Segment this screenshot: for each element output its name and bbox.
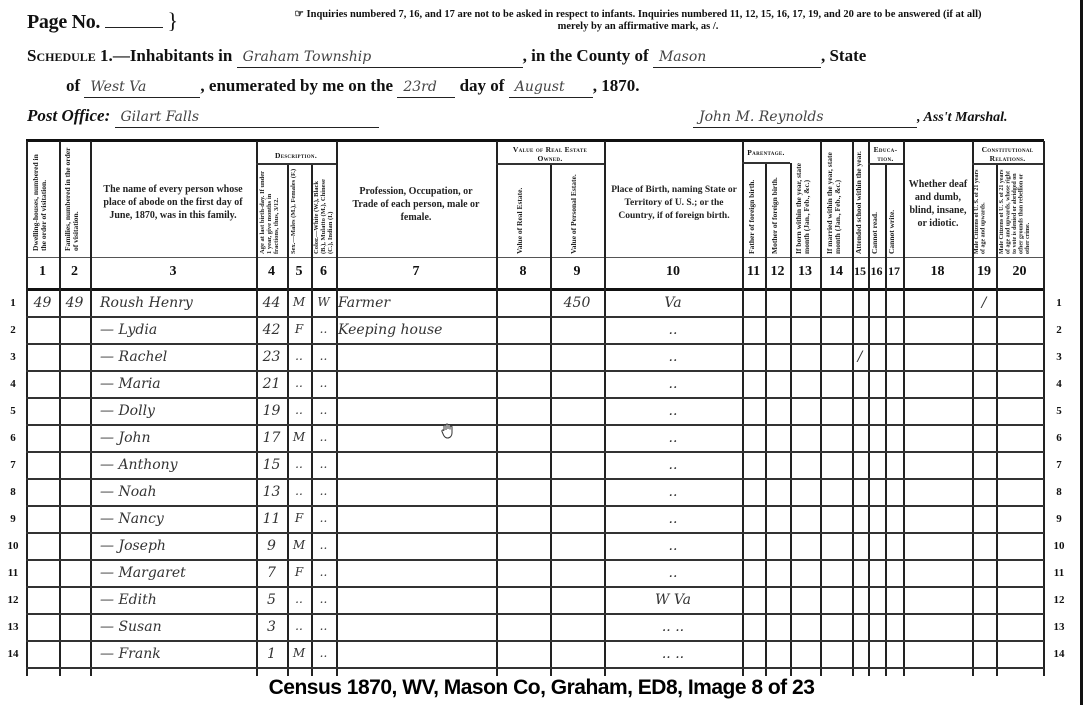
col15-header: Attended school within the year. — [855, 147, 867, 254]
col4-header: Age at last birth-day. If under 1 year, … — [259, 168, 285, 254]
birthplace-cell[interactable]: .. — [606, 430, 740, 446]
col1-number: 1 — [26, 264, 59, 280]
column-divider — [742, 141, 744, 676]
personal-estate-cell[interactable]: 450 — [552, 295, 602, 311]
state-field[interactable]: West Va — [84, 79, 200, 98]
age-cell[interactable]: 7 — [258, 565, 285, 581]
age-cell[interactable]: 19 — [258, 403, 285, 419]
row-number-left: 5 — [4, 405, 22, 417]
col9-number: 9 — [550, 264, 604, 280]
post-office-line: Post Office: Gilart Falls — [27, 106, 379, 128]
col10-number: 10 — [604, 264, 742, 280]
age-cell[interactable]: 3 — [258, 619, 285, 635]
column-divider — [550, 163, 552, 676]
col2-header: Families, numbered in the order of visit… — [64, 147, 84, 251]
township-field[interactable]: Graham Township — [237, 49, 523, 68]
row-number-right: 7 — [1050, 459, 1068, 471]
column-divider — [496, 141, 498, 676]
row-number-left: 9 — [4, 513, 22, 525]
color-cell[interactable]: .. — [313, 538, 334, 552]
enumerated-label: , enumerated by me on the — [200, 76, 393, 95]
age-cell[interactable]: 11 — [258, 511, 285, 527]
sex-cell[interactable]: M — [289, 430, 309, 444]
col9-header: Value of Personal Estate. — [570, 168, 582, 254]
month-field[interactable]: August — [509, 79, 593, 98]
col4-number: 4 — [256, 264, 287, 280]
name-cell[interactable]: — Frank — [92, 646, 262, 662]
row-divider — [26, 316, 1044, 318]
col13-number: 13 — [790, 264, 820, 280]
col20-number: 20 — [996, 264, 1043, 280]
col3-number: 3 — [90, 264, 256, 280]
col12-number: 12 — [765, 264, 790, 280]
birthplace-cell[interactable]: .. — [606, 457, 740, 473]
age-cell[interactable]: 15 — [258, 457, 285, 473]
col17-number: 17 — [885, 264, 903, 279]
age-cell[interactable]: 13 — [258, 484, 285, 500]
sex-cell[interactable]: F — [289, 511, 309, 525]
family-cell[interactable]: 49 — [61, 295, 88, 311]
col7-header: Profession, Occupation, or Trade of each… — [352, 185, 480, 224]
row-divider — [26, 397, 1044, 399]
group-description: Description. — [256, 151, 336, 160]
sex-cell[interactable]: .. — [289, 376, 309, 390]
color-cell[interactable]: .. — [313, 646, 334, 660]
name-cell[interactable]: — Noah — [92, 484, 262, 500]
number-row-rule — [26, 257, 1044, 258]
age-cell[interactable]: 5 — [258, 592, 285, 608]
sex-cell[interactable]: M — [289, 646, 309, 660]
sex-cell[interactable]: .. — [289, 403, 309, 417]
color-cell[interactable]: .. — [313, 457, 334, 471]
col6-header: Color.—White (W.), Black (B.), Mulatto (… — [313, 168, 335, 254]
row-number-right: 12 — [1050, 594, 1068, 606]
school-cell[interactable]: / — [854, 349, 866, 365]
birthplace-cell[interactable]: .. — [606, 511, 740, 527]
hand-cursor-icon — [441, 423, 455, 444]
row-divider — [26, 532, 1044, 534]
header-bottom-rule — [26, 288, 1044, 291]
row-number-right: 2 — [1050, 324, 1068, 336]
col17-header: Cannot write. — [888, 200, 900, 254]
group-parentage: Parentage. — [742, 148, 790, 157]
inhabitants-label: —Inhabitants in — [113, 46, 233, 65]
color-cell[interactable]: .. — [313, 511, 334, 525]
day-of-label: day of — [460, 76, 505, 95]
color-cell[interactable]: .. — [313, 430, 334, 444]
row-divider — [26, 559, 1044, 561]
sex-cell[interactable]: M — [289, 538, 309, 552]
age-cell[interactable]: 21 — [258, 376, 285, 392]
age-cell[interactable]: 1 — [258, 646, 285, 662]
row-number-right: 11 — [1050, 567, 1068, 579]
col3-header: The name of every person whose place of … — [98, 183, 248, 222]
row-number-left: 3 — [4, 351, 22, 363]
color-cell[interactable]: .. — [313, 565, 334, 579]
col5-header: Sex.—Males (M.), Females (F.) — [290, 168, 308, 254]
group-real-estate-rule — [496, 163, 604, 165]
row-number-right: 10 — [1050, 540, 1068, 552]
sex-cell[interactable]: .. — [289, 349, 309, 363]
page-no-label: Page No. — [27, 11, 100, 33]
row-divider — [26, 613, 1044, 615]
row-number-left: 14 — [4, 648, 22, 660]
name-cell[interactable]: — Edith — [92, 592, 262, 608]
row-number-left: 7 — [4, 459, 22, 471]
column-divider — [26, 141, 28, 676]
sex-cell[interactable]: .. — [289, 484, 309, 498]
col20-header: Male Citizens of U. S. of 21 years of ag… — [999, 166, 1041, 254]
color-cell[interactable]: .. — [313, 376, 334, 390]
page-no: Page No. } — [27, 8, 178, 34]
marshal-signature[interactable]: John M. Reynolds — [693, 109, 917, 128]
name-cell[interactable]: — Lydia — [92, 322, 262, 338]
row-number-left: 1 — [4, 297, 22, 309]
row-number-left: 4 — [4, 378, 22, 390]
row-number-right: 5 — [1050, 405, 1068, 417]
instructions-line-2: merely by an affirmative mark, as /. — [228, 21, 1048, 33]
col14-header: If married within the year, state month … — [826, 147, 846, 254]
instructions-line-1: ☞ Inquiries numbered 7, 16, and 17 are n… — [228, 9, 1048, 21]
birthplace-cell[interactable]: .. — [606, 484, 740, 500]
col19-number: 19 — [972, 264, 996, 280]
col16-header: Cannot read. — [871, 200, 883, 254]
birthplace-cell[interactable]: .. — [606, 349, 740, 365]
marshal-label: , Ass't Marshal. — [917, 110, 1008, 125]
col10-header: Place of Birth, naming State or Territor… — [607, 184, 741, 223]
row-number-left: 10 — [4, 540, 22, 552]
col7-number: 7 — [336, 264, 496, 280]
birthplace-cell[interactable]: Va — [606, 295, 740, 311]
color-cell[interactable]: .. — [313, 322, 334, 336]
occupation-cell[interactable]: Keeping house — [338, 322, 494, 338]
county-field[interactable]: Mason — [653, 49, 821, 68]
row-divider — [26, 370, 1044, 372]
group-parentage-rule — [742, 162, 790, 164]
dwelling-cell[interactable]: 49 — [28, 295, 57, 311]
birthplace-cell[interactable]: .. — [606, 322, 740, 338]
col18-number: 18 — [903, 264, 972, 280]
birthplace-cell[interactable]: .. — [606, 538, 740, 554]
enumeration-line: of West Va, enumerated by me on the 23rd… — [66, 76, 639, 98]
row-divider — [26, 667, 1044, 669]
col18-header: Whether deaf and dumb, blind, insane, or… — [905, 178, 971, 230]
state-label: , State — [821, 46, 866, 65]
color-cell[interactable]: .. — [313, 349, 334, 363]
birthplace-cell[interactable]: .. .. — [606, 646, 740, 662]
county-label: , in the County of — [523, 46, 649, 65]
sex-cell[interactable]: F — [289, 565, 309, 579]
column-divider — [59, 141, 61, 676]
sex-cell[interactable]: .. — [289, 619, 309, 633]
table-top-rule — [26, 139, 1044, 142]
image-caption: Census 1870, WV, Mason Co, Graham, ED8, … — [0, 676, 1083, 700]
col5-number: 5 — [287, 264, 311, 280]
col13-header: If born within the year, state month (Ja… — [795, 147, 815, 254]
instructions-note: ☞ Inquiries numbered 7, 16, and 17 are n… — [228, 9, 1048, 33]
row-number-right: 14 — [1050, 648, 1068, 660]
name-cell[interactable]: — Nancy — [92, 511, 262, 527]
page-no-field[interactable] — [105, 11, 163, 28]
citizen-cell[interactable]: / — [974, 295, 994, 311]
group-real-estate: Value of Real Estate Owned. — [510, 145, 590, 163]
row-number-left: 13 — [4, 621, 22, 633]
sex-cell[interactable]: M — [289, 295, 309, 309]
name-cell[interactable]: — Maria — [92, 376, 262, 392]
row-number-right: 13 — [1050, 621, 1068, 633]
year-label: , 1870. — [593, 76, 640, 95]
schedule-label: Schedule 1. — [27, 46, 113, 65]
row-number-left: 6 — [4, 432, 22, 444]
day-field[interactable]: 23rd — [397, 79, 455, 98]
column-divider — [336, 141, 338, 676]
sex-cell[interactable]: F — [289, 322, 309, 336]
age-cell[interactable]: 42 — [258, 322, 285, 338]
row-number-right: 3 — [1050, 351, 1068, 363]
row-number-left: 12 — [4, 594, 22, 606]
group-constitutional: Constitutional Relations. — [972, 145, 1043, 163]
col1-header: Dwelling-houses, numbered in the order o… — [32, 147, 52, 251]
row-number-right: 8 — [1050, 486, 1068, 498]
of-label: of — [66, 76, 80, 95]
col12-header: Mother of foreign birth. — [771, 168, 783, 254]
name-cell[interactable]: — Joseph — [92, 538, 262, 554]
marshal-line: John M. Reynolds, Ass't Marshal. — [693, 106, 1008, 128]
birthplace-cell[interactable]: .. — [606, 565, 740, 581]
column-divider — [996, 163, 998, 676]
col11-header: Father of foreign birth. — [748, 168, 760, 254]
group-education-rule — [868, 163, 903, 165]
name-cell[interactable]: — Anthony — [92, 457, 262, 473]
age-cell[interactable]: 17 — [258, 430, 285, 446]
group-education: Educa-tion. — [868, 145, 903, 163]
name-cell[interactable]: — Dolly — [92, 403, 262, 419]
name-cell[interactable]: Roush Henry — [92, 295, 262, 311]
col19-header: Male Citizens of U. S. of 21 years of ag… — [974, 166, 994, 254]
col16-number: 16 — [868, 264, 885, 279]
age-cell[interactable]: 23 — [258, 349, 285, 365]
row-divider — [26, 424, 1044, 426]
col6-number: 6 — [311, 264, 336, 280]
color-cell[interactable]: .. — [313, 592, 334, 606]
post-office-field[interactable]: Gilart Falls — [115, 109, 379, 128]
post-office-label: Post Office: — [27, 106, 110, 125]
row-number-left: 2 — [4, 324, 22, 336]
column-divider — [1043, 141, 1045, 676]
sex-cell[interactable]: .. — [289, 457, 309, 471]
age-cell[interactable]: 9 — [258, 538, 285, 554]
birthplace-cell[interactable]: .. .. — [606, 619, 740, 635]
sex-cell[interactable]: .. — [289, 592, 309, 606]
row-number-left: 8 — [4, 486, 22, 498]
row-number-right: 1 — [1050, 297, 1068, 309]
row-divider — [26, 505, 1044, 507]
row-number-left: 11 — [4, 567, 22, 579]
group-constitutional-rule — [972, 163, 1043, 165]
row-divider — [26, 478, 1044, 480]
birthplace-cell[interactable]: .. — [606, 403, 740, 419]
color-cell[interactable]: .. — [313, 403, 334, 417]
column-divider — [765, 163, 767, 676]
col8-header: Value of Real Estate. — [516, 168, 528, 254]
row-divider — [26, 640, 1044, 642]
color-cell[interactable]: .. — [313, 484, 334, 498]
occupation-cell[interactable]: Farmer — [338, 295, 494, 311]
col8-number: 8 — [496, 264, 550, 280]
schedule-line: Schedule 1.—Inhabitants in Graham Townsh… — [27, 46, 1047, 68]
column-divider — [820, 141, 822, 676]
row-divider — [26, 343, 1044, 345]
row-number-right: 4 — [1050, 378, 1068, 390]
row-divider — [26, 586, 1044, 588]
row-number-right: 6 — [1050, 432, 1068, 444]
row-divider — [26, 451, 1044, 453]
row-number-right: 9 — [1050, 513, 1068, 525]
brace: } — [168, 8, 178, 33]
column-divider — [790, 163, 792, 676]
birthplace-cell[interactable]: .. — [606, 376, 740, 392]
color-cell[interactable]: .. — [313, 619, 334, 633]
name-cell[interactable]: — Susan — [92, 619, 262, 635]
color-cell[interactable]: W — [313, 295, 334, 309]
name-cell[interactable]: — Rachel — [92, 349, 262, 365]
age-cell[interactable]: 44 — [258, 295, 285, 311]
name-cell[interactable]: — Margaret — [92, 565, 262, 581]
col11-number: 11 — [742, 264, 765, 280]
name-cell[interactable]: — John — [92, 430, 262, 446]
group-description-rule — [256, 163, 336, 165]
col2-number: 2 — [59, 264, 90, 280]
birthplace-cell[interactable]: W Va — [606, 592, 740, 608]
col15-number: 15 — [852, 264, 868, 279]
col14-number: 14 — [820, 264, 852, 280]
